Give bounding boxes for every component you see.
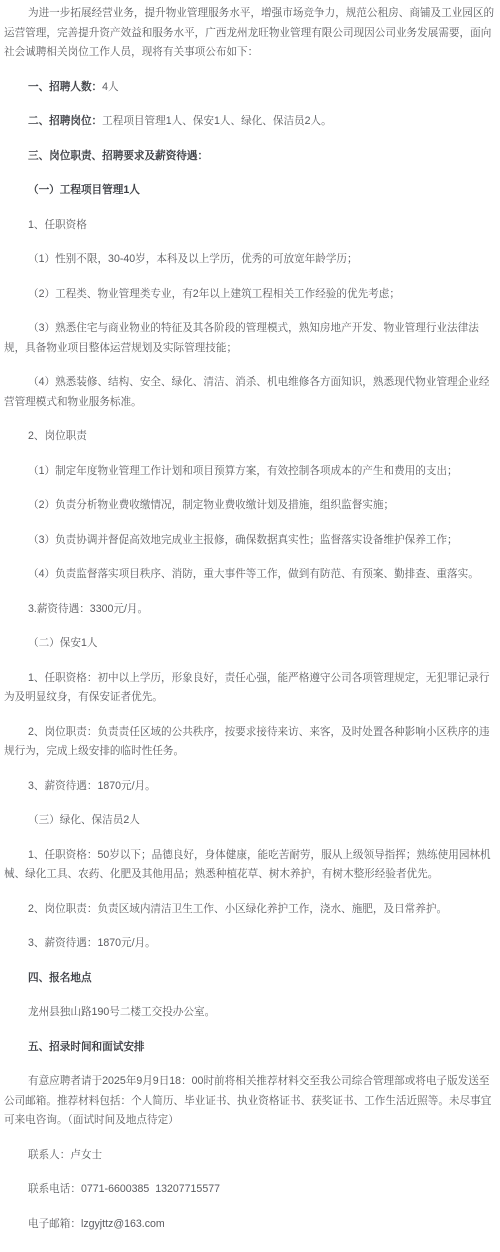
paragraph-bold-lead: 三、岗位职责、招聘要求及薪资待遇：	[28, 150, 208, 162]
paragraph-bold-lead: 一、招聘人数：	[28, 81, 102, 93]
paragraph-bold-lead: （一）工程项目管理1人	[28, 184, 140, 196]
paragraph: 五、招录时间和面试安排	[4, 1038, 496, 1058]
paragraph-text: 2、岗位职责：负责区域内清洁卫生工作、小区绿化养护工作，浇水、施肥，及日常养护。	[28, 903, 447, 915]
paragraph: （1）性别不限，30-40岁，本科及以上学历，优秀的可放宽年龄学历；	[4, 250, 496, 270]
paragraph-text: （2）负责分析物业费收缴情况，制定物业费收缴计划及措施，组织监督实施；	[28, 499, 394, 511]
paragraph: （三）绿化、保洁员2人	[4, 811, 496, 831]
paragraph-text: 3、薪资待遇：1870元/月。	[28, 780, 156, 792]
paragraph: 龙州县独山路190号二楼工交投办公室。	[4, 1003, 496, 1023]
paragraph-text: 3、薪资待遇：1870元/月。	[28, 937, 156, 949]
paragraph: 为进一步拓展经营业务，提升物业管理服务水平，增强市场竞争力，规范公租房、商铺及工…	[4, 4, 496, 63]
paragraph: 3.薪资待遇：3300元/月。	[4, 600, 496, 620]
paragraph: （1）制定年度物业管理工作计划和项目预算方案，有效控制各项成本的产生和费用的支出…	[4, 462, 496, 482]
paragraph: 二、招聘岗位：工程项目管理1人、保安1人、绿化、保洁员2人。	[4, 112, 496, 132]
paragraph-text: （1）性别不限，30-40岁，本科及以上学历，优秀的可放宽年龄学历；	[28, 253, 358, 265]
paragraph: （3）负责协调并督促高效地完成业主报修，确保数据真实性；监督落实设备维护保养工作…	[4, 531, 496, 551]
paragraph: 电子邮箱：lzgyjttz@163.com	[4, 1215, 496, 1235]
paragraph-text: 1、任职资格	[28, 219, 87, 231]
paragraph-text: 4人	[102, 81, 119, 93]
paragraph: 联系电话：0771-6600385 13207715577	[4, 1180, 496, 1200]
recruitment-notice-document: 为进一步拓展经营业务，提升物业管理服务水平，增强市场竞争力，规范公租房、商铺及工…	[0, 0, 500, 1234]
paragraph: （4）负责监督落实项目秩序、消防，重大事件等工作，做到有防范、有预案、勤排查、重…	[4, 565, 496, 585]
paragraph-text: 1、任职资格：初中以上学历，形象良好，责任心强，能严格遵守公司各项管理规定，无犯…	[4, 672, 489, 704]
paragraph-text: 工程项目管理1人、保安1人、绿化、保洁员2人。	[102, 115, 332, 127]
paragraph: 1、任职资格：50岁以下；品德良好，身体健康，能吃苦耐劳，服从上级领导指挥；熟练…	[4, 846, 496, 885]
paragraph-text: 联系人：卢女士	[28, 1149, 102, 1161]
paragraph: （3）熟悉住宅与商业物业的特征及其各阶段的管理模式，熟知房地产开发、物业管理行业…	[4, 319, 496, 358]
paragraph-text: （4）熟悉装修、结构、安全、绿化、清洁、消杀、机电维修各方面知识，熟悉现代物业管…	[4, 376, 489, 408]
paragraph: 2、岗位职责	[4, 427, 496, 447]
paragraph: （2）负责分析物业费收缴情况，制定物业费收缴计划及措施，组织监督实施；	[4, 496, 496, 516]
paragraph: 联系人：卢女士	[4, 1146, 496, 1166]
paragraph-bold-lead: 四、报名地点	[28, 972, 92, 984]
paragraph: 有意应聘者请于2025年9月9日18：00时前将相关推荐材料交至我公司综合管理部…	[4, 1072, 496, 1131]
paragraph-text: （4）负责监督落实项目秩序、消防，重大事件等工作，做到有防范、有预案、勤排查、重…	[28, 568, 479, 580]
paragraph-text: 联系电话：0771-6600385 13207715577	[28, 1183, 220, 1195]
paragraph: 一、招聘人数：4人	[4, 78, 496, 98]
paragraph: 四、报名地点	[4, 969, 496, 989]
paragraph-text: （2）工程类、物业管理类专业，有2年以上建筑工程相关工作经验的优先考虑；	[28, 288, 400, 300]
paragraph-text: （二）保安1人	[28, 637, 97, 649]
paragraph: （2）工程类、物业管理类专业，有2年以上建筑工程相关工作经验的优先考虑；	[4, 285, 496, 305]
paragraph: 3、薪资待遇：1870元/月。	[4, 777, 496, 797]
paragraph: 三、岗位职责、招聘要求及薪资待遇：	[4, 147, 496, 167]
paragraph-text: （1）制定年度物业管理工作计划和项目预算方案，有效控制各项成本的产生和费用的支出…	[28, 465, 458, 477]
paragraph: 2、岗位职责：负责责任区域的公共秩序，按要求接待来访、来客，及时处置各种影响小区…	[4, 723, 496, 762]
paragraph: 3、薪资待遇：1870元/月。	[4, 934, 496, 954]
paragraph-text: 有意应聘者请于2025年9月9日18：00时前将相关推荐材料交至我公司综合管理部…	[4, 1075, 491, 1126]
paragraph-text: （3）熟悉住宅与商业物业的特征及其各阶段的管理模式，熟知房地产开发、物业管理行业…	[4, 322, 479, 354]
paragraph-text: 电子邮箱：lzgyjttz@163.com	[28, 1218, 165, 1230]
paragraph-text: （3）负责协调并督促高效地完成业主报修，确保数据真实性；监督落实设备维护保养工作…	[28, 534, 458, 546]
paragraph-bold-lead: 二、招聘岗位：	[28, 115, 102, 127]
paragraph-text: 为进一步拓展经营业务，提升物业管理服务水平，增强市场竞争力，规范公租房、商铺及工…	[4, 7, 494, 58]
paragraph: （4）熟悉装修、结构、安全、绿化、清洁、消杀、机电维修各方面知识，熟悉现代物业管…	[4, 373, 496, 412]
paragraph-text: 1、任职资格：50岁以下；品德良好，身体健康，能吃苦耐劳，服从上级领导指挥；熟练…	[4, 849, 491, 881]
paragraph: （二）保安1人	[4, 634, 496, 654]
paragraph-text: 2、岗位职责：负责责任区域的公共秩序，按要求接待来访、来客，及时处置各种影响小区…	[4, 726, 489, 758]
paragraph: 1、任职资格	[4, 216, 496, 236]
paragraph: 2、岗位职责：负责区域内清洁卫生工作、小区绿化养护工作，浇水、施肥，及日常养护。	[4, 900, 496, 920]
paragraph-text: 2、岗位职责	[28, 430, 87, 442]
paragraph-text: 3.薪资待遇：3300元/月。	[28, 603, 148, 615]
paragraph: （一）工程项目管理1人	[4, 181, 496, 201]
paragraph: 1、任职资格：初中以上学历，形象良好，责任心强，能严格遵守公司各项管理规定，无犯…	[4, 669, 496, 708]
paragraph-text: （三）绿化、保洁员2人	[28, 814, 140, 826]
paragraph-text: 龙州县独山路190号二楼工交投办公室。	[28, 1006, 215, 1018]
paragraph-bold-lead: 五、招录时间和面试安排	[28, 1041, 145, 1053]
